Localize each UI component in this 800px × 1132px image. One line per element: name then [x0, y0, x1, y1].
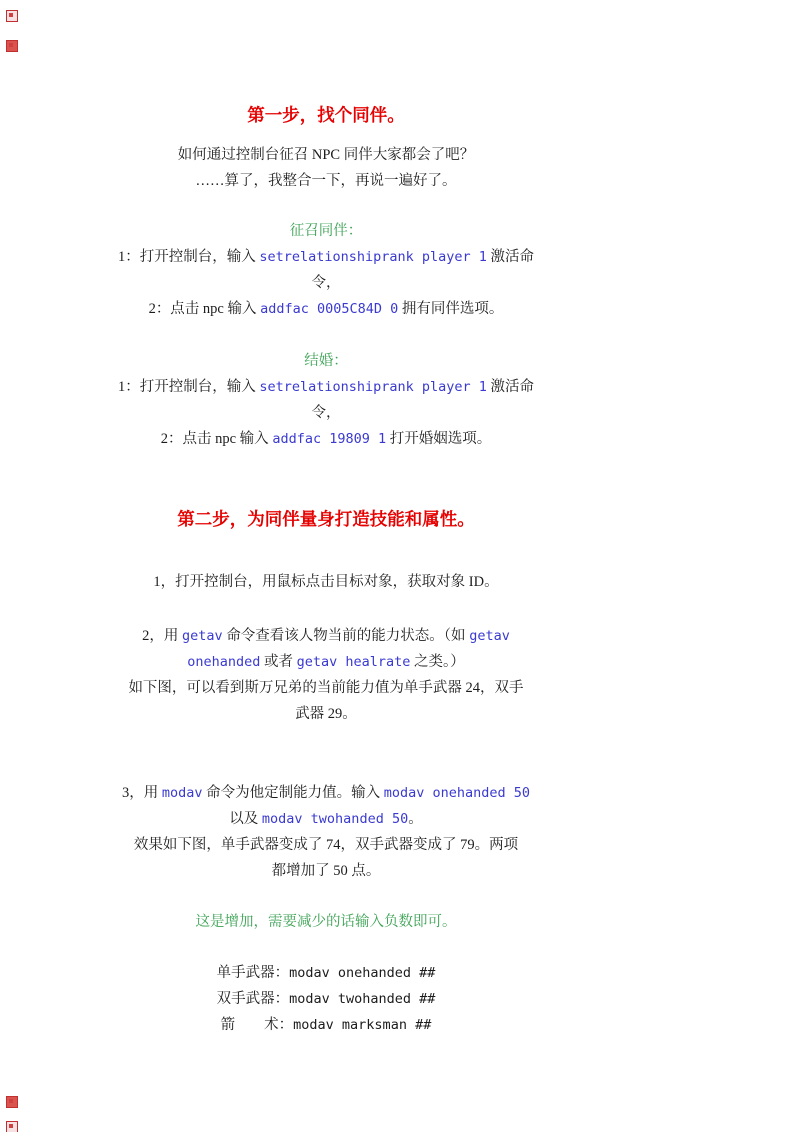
text-run: 1：打开控制台，输入: [118, 249, 259, 265]
text-run: 效果如下图，单手武器变成了 74，双手武器变成了 79。两项: [134, 837, 518, 853]
text-line: 武器 29。: [100, 701, 552, 727]
text-run: 令，: [312, 275, 341, 291]
text-run: 2：点击 npc 输入: [161, 431, 273, 447]
broken-image-icon: [6, 1096, 18, 1108]
text-run: 单手武器：: [217, 965, 290, 981]
text-run: 如何通过控制台征召 NPC 同伴大家都会了吧？: [178, 147, 474, 163]
text-run: 结婚：: [304, 353, 348, 369]
console-command: modav onehanded ##: [289, 965, 435, 981]
text-line: 如下图，可以看到斯万兄弟的当前能力值为单手武器 24，双手: [100, 675, 552, 701]
text-run: 双手武器：: [217, 991, 290, 1007]
text-run: 武器 29。: [295, 706, 357, 722]
text-run: 第二步，为同伴量身打造技能和属性。: [177, 509, 475, 529]
console-command: getav healrate: [297, 654, 411, 670]
text-run: 命令为他定制能力值。输入: [202, 785, 383, 801]
text-line: 1：打开控制台，输入 setrelationshiprank player 1 …: [100, 374, 552, 400]
text-run: 2：点击 npc 输入: [149, 301, 261, 317]
text-run: 激活命: [487, 249, 534, 265]
text-line: onehanded 或者 getav healrate 之类。）: [100, 649, 552, 675]
text-run: ……算了，我整合一下，再说一遍好了。: [196, 173, 457, 189]
console-command: addfac 0005C84D 0: [260, 301, 398, 317]
text-run: 命令查看该人物当前的能力状态。（如: [223, 628, 470, 644]
subheading-note: 这是增加，需要减少的话输入负数即可。: [100, 909, 552, 935]
heading-step1: 第一步，找个同伴。: [100, 102, 552, 128]
text-run: 以及: [229, 811, 262, 827]
text-line: 令，: [100, 400, 552, 426]
console-command: modav twohanded ##: [289, 991, 435, 1007]
text-run: 拥有同伴选项。: [398, 301, 503, 317]
heading-step2: 第二步，为同伴量身打造技能和属性。: [100, 506, 552, 532]
document-body: 第一步，找个同伴。如何通过控制台征召 NPC 同伴大家都会了吧？……算了，我整合…: [100, 102, 552, 1038]
text-run: 第一步，找个同伴。: [247, 105, 405, 125]
console-command: getav: [469, 628, 510, 644]
text-line: 3，用 modav 命令为他定制能力值。输入 modav onehanded 5…: [100, 780, 552, 806]
broken-image-icon: [6, 10, 18, 22]
text-line: ……算了，我整合一下，再说一遍好了。: [100, 168, 552, 194]
text-run: 2，用: [142, 628, 182, 644]
text-line: 2，用 getav 命令查看该人物当前的能力状态。（如 getav: [100, 623, 552, 649]
text-run: 都增加了 50 点。: [272, 863, 381, 879]
text-line: 效果如下图，单手武器变成了 74，双手武器变成了 79。两项: [100, 832, 552, 858]
broken-image-icon: [6, 40, 18, 52]
console-command: setrelationshiprank player 1: [259, 249, 487, 265]
text-line: 单手武器：modav onehanded ##: [100, 960, 552, 986]
console-command: addfac 19809 1: [272, 431, 386, 447]
text-run: 1：打开控制台，输入: [118, 379, 259, 395]
text-line: 2：点击 npc 输入 addfac 19809 1 打开婚姻选项。: [100, 426, 552, 452]
text-run: 这是增加，需要减少的话输入负数即可。: [196, 914, 457, 930]
text-line: 以及 modav twohanded 50。: [100, 806, 552, 832]
text-line: 令，: [100, 270, 552, 296]
console-command: setrelationshiprank player 1: [259, 379, 487, 395]
text-line: 如何通过控制台征召 NPC 同伴大家都会了吧？: [100, 142, 552, 168]
console-command: getav: [182, 628, 223, 644]
subheading-marriage: 结婚：: [100, 348, 552, 374]
console-command: modav marksman ##: [293, 1017, 431, 1033]
console-command: modav onehanded 50: [384, 785, 530, 801]
text-line: 都增加了 50 点。: [100, 858, 552, 884]
text-run: 3，用: [122, 785, 162, 801]
console-command: modav twohanded 50: [262, 811, 408, 827]
text-run: 激活命: [487, 379, 534, 395]
text-line: 双手武器：modav twohanded ##: [100, 986, 552, 1012]
text-line: 1：打开控制台，输入 setrelationshiprank player 1 …: [100, 244, 552, 270]
text-run: 之类。）: [410, 654, 464, 670]
text-run: 打开婚姻选项。: [386, 431, 491, 447]
text-line: 1，打开控制台，用鼠标点击目标对象，获取对象 ID。: [100, 569, 552, 595]
text-run: 。: [408, 811, 423, 827]
broken-image-icon: [6, 1121, 18, 1132]
text-run: 箭 术：: [221, 1017, 294, 1033]
text-run: 如下图，可以看到斯万兄弟的当前能力值为单手武器 24，双手: [128, 680, 523, 696]
text-run: 征召同伴：: [290, 223, 363, 239]
text-line: 箭 术：modav marksman ##: [100, 1012, 552, 1038]
subheading-summon: 征召同伴：: [100, 218, 552, 244]
text-run: 令，: [312, 405, 341, 421]
text-line: 2：点击 npc 输入 addfac 0005C84D 0 拥有同伴选项。: [100, 296, 552, 322]
console-command: onehanded: [187, 654, 260, 670]
text-run: 或者: [260, 654, 296, 670]
console-command: modav: [162, 785, 203, 801]
text-run: 1，打开控制台，用鼠标点击目标对象，获取对象 ID。: [153, 574, 498, 590]
